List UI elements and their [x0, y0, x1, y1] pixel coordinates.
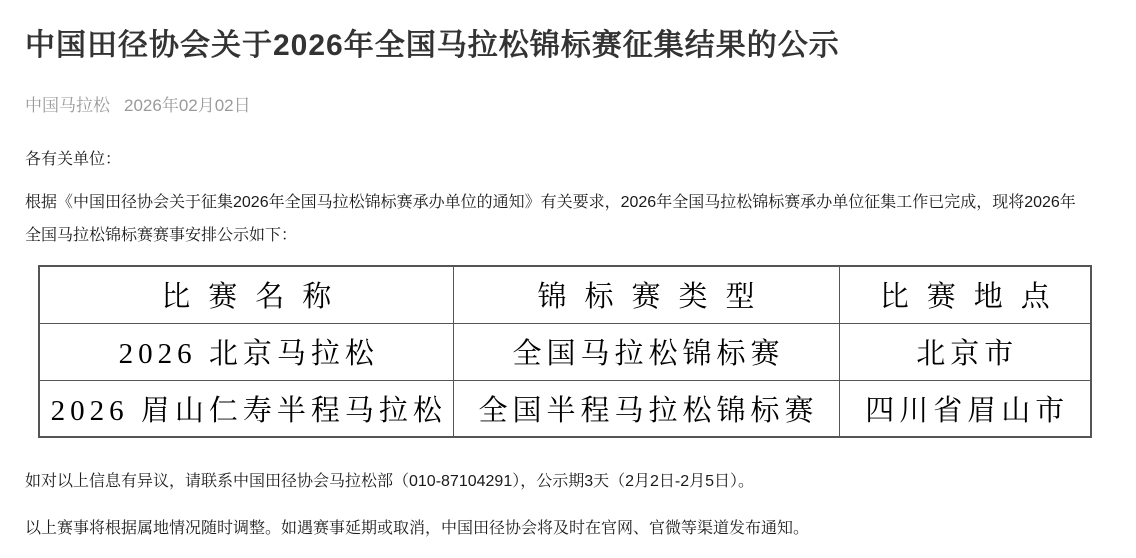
- page-title: 中国田径协会关于2026年全国马拉松锦标赛征集结果的公示: [25, 28, 1091, 64]
- meta-source: 中国马拉松: [25, 96, 110, 115]
- article-meta: 中国马拉松2026年02月02日: [25, 91, 1091, 116]
- table-cell-championship-type: 全国马拉松锦标赛: [453, 323, 839, 380]
- table-header-cell-championship-type: 锦标赛类型: [453, 266, 839, 323]
- table-cell-championship-type: 全国半程马拉松锦标赛: [453, 380, 839, 437]
- intro-paragraph: 根据《中国田径协会关于征集2026年全国马拉松锦标赛承办单位的通知》有关要求，2…: [25, 186, 1091, 252]
- meta-date: 2026年02月02日: [124, 96, 251, 115]
- note-paragraph: 以上赛事将根据属地情况随时调整。如遇赛事延期或取消，中国田径协会将及时在官网、官…: [25, 515, 1091, 538]
- table-cell-race-location: 四川省眉山市: [839, 380, 1091, 437]
- schedule-table: 比赛名称 锦标赛类型 比赛地点 2026 北京马拉松 全国马拉松锦标赛 北京市 …: [38, 265, 1092, 438]
- table-cell-race-name: 2026 眉山仁寿半程马拉松: [39, 380, 453, 437]
- salutation: 各有关单位：: [25, 146, 1091, 169]
- announcement-page: 中国田径协会关于2026年全国马拉松锦标赛征集结果的公示 中国马拉松2026年0…: [0, 0, 1136, 558]
- table-row: 2026 眉山仁寿半程马拉松 全国半程马拉松锦标赛 四川省眉山市: [39, 380, 1091, 437]
- table-cell-race-name: 2026 北京马拉松: [39, 323, 453, 380]
- table-header-cell-race-location: 比赛地点: [839, 266, 1091, 323]
- contact-paragraph: 如对以上信息有异议，请联系中国田径协会马拉松部（010-87104291），公示…: [25, 468, 1091, 491]
- table-row: 2026 北京马拉松 全国马拉松锦标赛 北京市: [39, 323, 1091, 380]
- table-cell-race-location: 北京市: [839, 323, 1091, 380]
- table-header-row: 比赛名称 锦标赛类型 比赛地点: [39, 266, 1091, 323]
- table-header-cell-race-name: 比赛名称: [39, 266, 453, 323]
